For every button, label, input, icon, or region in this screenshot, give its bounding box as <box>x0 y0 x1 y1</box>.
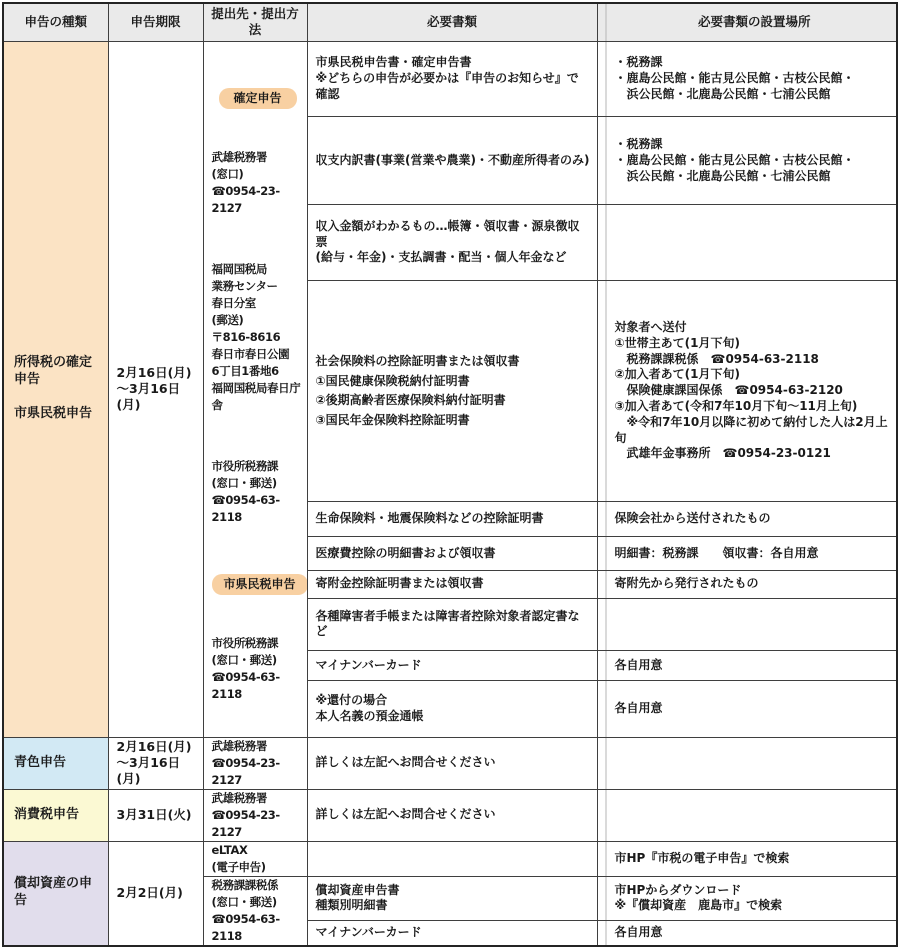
table-row: 青色申告 2月16日(月) ～3月16日(月) 武雄税務署 ☎0954-23-2… <box>3 737 897 789</box>
tax-filing-table: 申告の種類 申告期限 提出先・提出方法 必要書類 必要書類の設置場所 所得税の確… <box>2 2 898 947</box>
doc-shakai-hokenryo: 社会保険料の控除証明書または領収書 ①国民健康保険税納付証明書 ②後期高齢者医療… <box>307 281 597 502</box>
city-tax-section-block-2: 市役所税務課 (窓口・郵送) ☎0954-63-2118 <box>212 635 304 703</box>
doc-shushi-uchiwakesho: 収支内訳書(事業(営業や農業)・不動産所得者のみ) <box>307 117 597 205</box>
doc-mynumber-card-assets: マイナンバーカード <box>307 921 597 946</box>
consumption-tax-label: 消費税申告 <box>3 789 108 841</box>
depreciable-assets-deadline: 2月2日(月) <box>108 841 203 946</box>
table-row: 所得税の確定申告 市県民税申告 2月16日(月) ～3月16日(月) 確定申告 … <box>3 41 897 117</box>
place-shushi-uchiwakesho: ・税務課 ・鹿島公民館・能古見公民館・古枝公民館・ 浜公民館・北鹿島公民館・七浦… <box>597 117 897 205</box>
header-submit-to: 提出先・提出方法 <box>203 3 307 41</box>
kakutei-shinkoku-badge: 確定申告 <box>219 88 297 109</box>
table-row: 消費税申告 3月31日(火) 武雄税務署 ☎0954-23-2127 詳しくは左… <box>3 789 897 841</box>
doc-kanpu-tsucho: ※還付の場合 本人名義の預金通帳 <box>307 681 597 737</box>
consumption-tax-submit: 武雄税務署 ☎0954-23-2127 <box>203 789 307 841</box>
doc-kifukin-kojo: 寄附金控除証明書または領収書 <box>307 570 597 598</box>
place-mynumber-card-assets: 各自用意 <box>597 921 897 946</box>
place-shakai-hokenryo: 対象者へ送付 ①世帯主あて(1月下旬) 税務課課税係 ☎0954-63-2118… <box>597 281 897 502</box>
blue-return-doc: 詳しくは左記へお問合せください <box>307 737 597 789</box>
eltax-doc <box>307 841 597 876</box>
place-seimei-hokenryo: 保険会社から送付されたもの <box>597 502 897 537</box>
doc-shunyu-kingaku: 収入金額がわかるもの…帳簿・領収書・源泉徴収票 (給与・年金)・支払調書・配当・… <box>307 205 597 281</box>
income-tax-label: 所得税の確定申告 市県民税申告 <box>3 41 108 737</box>
place-shogaisha-techo <box>597 598 897 650</box>
blue-return-submit: 武雄税務署 ☎0954-23-2127 <box>203 737 307 789</box>
doc-shokyaku-shisan: 償却資産申告書 種類別明細書 <box>307 876 597 921</box>
place-kifukin-kojo: 寄附先から発行されたもの <box>597 570 897 598</box>
place-shinkokusho: ・税務課 ・鹿島公民館・能古見公民館・古枝公民館・ 浜公民館・北鹿島公民館・七浦… <box>597 41 897 117</box>
income-tax-submit-cell: 確定申告 武雄税務署 (窓口) ☎0954-23-2127 福岡国税局 業務セン… <box>203 41 307 737</box>
header-documents: 必要書類 <box>307 3 597 41</box>
consumption-tax-deadline: 3月31日(火) <box>108 789 203 841</box>
eltax-submit: eLTAX (電子申告) <box>203 841 307 876</box>
blue-return-deadline: 2月16日(月) ～3月16日(月) <box>108 737 203 789</box>
consumption-tax-doc: 詳しくは左記へお問合せください <box>307 789 597 841</box>
place-shunyu-kingaku <box>597 205 897 281</box>
eltax-place: 市HP『市税の電子申告』で検索 <box>597 841 897 876</box>
tax-section-submit: 税務課課税係 (窓口・郵送) ☎0954-63-2118 <box>203 876 307 946</box>
tax-filing-document: 申告の種類 申告期限 提出先・提出方法 必要書類 必要書類の設置場所 所得税の確… <box>2 2 898 947</box>
takeo-tax-office-block: 武雄税務署 (窓口) ☎0954-23-2127 <box>212 149 304 217</box>
header-type: 申告の種類 <box>3 3 108 41</box>
doc-shinkokusho: 市県民税申告書・確定申告書 ※どちらの申告が必要かは『申告のお知らせ』で確認 <box>307 41 597 117</box>
consumption-tax-place <box>597 789 897 841</box>
blue-return-label: 青色申告 <box>3 737 108 789</box>
place-mynumber-card: 各自用意 <box>597 650 897 680</box>
header-locations: 必要書類の設置場所 <box>597 3 897 41</box>
city-tax-section-block: 市役所税務課 (窓口・郵送) ☎0954-63-2118 <box>212 458 304 526</box>
doc-iryohi-kojo: 医療費控除の明細書および領収書 <box>307 537 597 570</box>
fukuoka-bureau-block: 福岡国税局 業務センター 春日分室 (郵送) 〒816-8616 春日市春日公園… <box>212 261 304 414</box>
doc-mynumber-card: マイナンバーカード <box>307 650 597 680</box>
header-deadline: 申告期限 <box>108 3 203 41</box>
doc-shogaisha-techo: 各種障害者手帳または障害者控除対象者認定書など <box>307 598 597 650</box>
place-kanpu-tsucho: 各自用意 <box>597 681 897 737</box>
income-tax-deadline: 2月16日(月) ～3月16日(月) <box>108 41 203 737</box>
doc-seimei-hokenryo: 生命保険料・地震保険料などの控除証明書 <box>307 502 597 537</box>
table-header-row: 申告の種類 申告期限 提出先・提出方法 必要書類 必要書類の設置場所 <box>3 3 897 41</box>
depreciable-assets-label: 償却資産の申告 <box>3 841 108 946</box>
place-shokyaku-shisan: 市HPからダウンロード ※『償却資産 鹿島市』で検索 <box>597 876 897 921</box>
blue-return-place <box>597 737 897 789</box>
shikenminzei-badge: 市県民税申告 <box>212 574 308 595</box>
table-row: 償却資産の申告 2月2日(月) eLTAX (電子申告) 市HP『市税の電子申告… <box>3 841 897 876</box>
place-iryohi-kojo: 明細書：税務課 領収書：各自用意 <box>597 537 897 570</box>
